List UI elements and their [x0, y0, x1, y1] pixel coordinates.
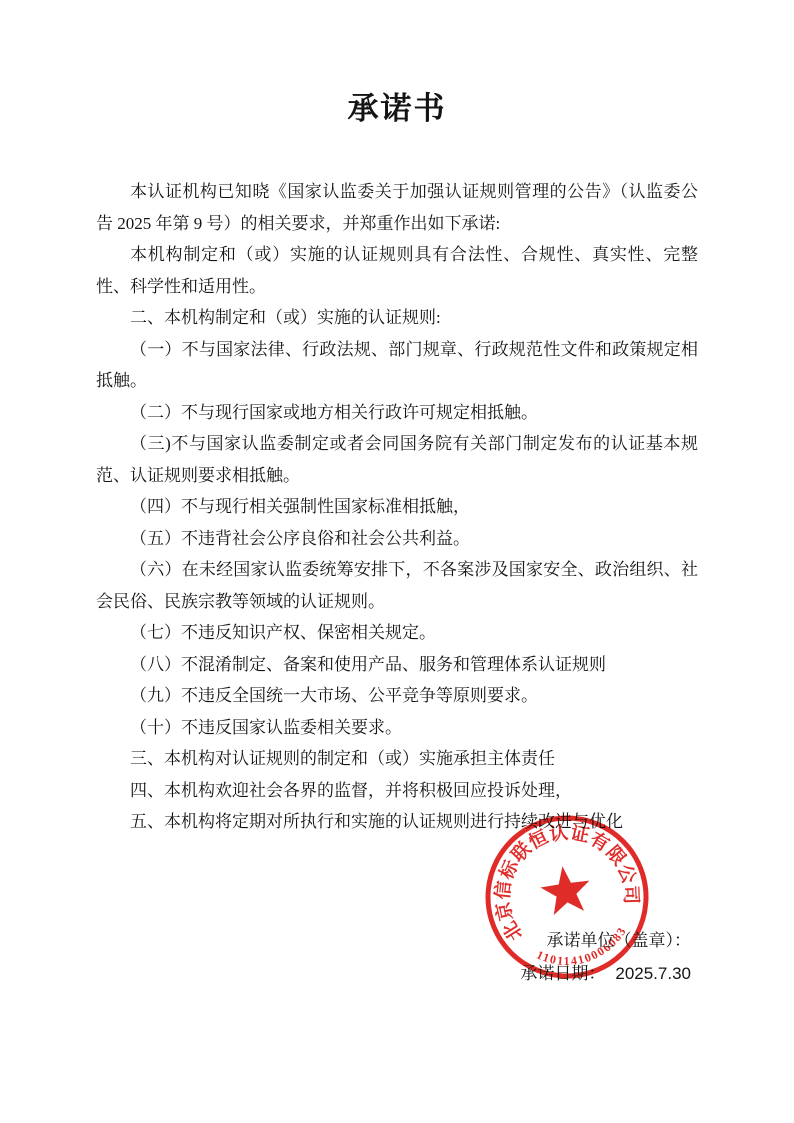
paragraph: （四）不与现行相关强制性国家标准相抵触， — [96, 491, 698, 523]
document-content: 承诺书 本认证机构已知晓《国家认监委关于加强认证规则管理的公告》（认监委公告 2… — [0, 92, 794, 838]
paragraph: （六）在未经国家认监委统筹安排下，不各案涉及国家安全、政治组织、社会民俗、民族宗… — [96, 554, 698, 617]
svg-text:限: 限 — [602, 842, 630, 870]
document-body: 本认证机构已知晓《国家认监委关于加强认证规则管理的公告》（认监委公告 2025 … — [96, 176, 698, 838]
paragraph: （九）不违反全国统一大市场、公平竞争等原则要求。 — [96, 680, 698, 712]
paragraph: （七）不违反知识产权、保密相关规定。 — [96, 617, 698, 649]
svg-text:联: 联 — [507, 838, 536, 867]
paragraph: （五）不违背社会公序良俗和社会公共利益。 — [96, 523, 698, 555]
svg-text:标: 标 — [495, 856, 523, 883]
paragraph: 五、本机构将定期对所执行和实施的认证规则进行持续改进与优化 — [96, 806, 698, 838]
signature-date-line: 承诺日期：2025.7.30 — [520, 957, 691, 990]
paragraph: 本机构制定和（或）实施的认证规则具有合法性、合规性、真实性、完整性、科学性和适用… — [96, 239, 698, 302]
signature-unit-line: 承诺单位（盖章）： — [520, 924, 691, 957]
paragraph: 三、本机构对认证规则的制定和（或）实施承担主体责任 — [96, 743, 698, 775]
svg-text:信: 信 — [491, 879, 515, 900]
paragraph: （八）不混淆制定、备案和使用产品、服务和管理体系认证规则 — [96, 649, 698, 681]
paragraph: 四、本机构欢迎社会各界的监督，并将积极回应投诉处理， — [96, 775, 698, 807]
paragraph: 二、本机构制定和（或）实施的认证规则: — [96, 302, 698, 334]
signature-date-value: 2025.7.30 — [615, 964, 691, 983]
svg-text:公: 公 — [613, 862, 639, 887]
paragraph: （二）不与现行国家或地方相关行政许可规定相抵触。 — [96, 397, 698, 429]
signature-date-label: 承诺日期： — [520, 964, 605, 983]
red-star-icon — [538, 863, 594, 916]
paragraph: （一）不与国家法律、行政法规、部门规章、行政规范性文件和政策规定相抵触。 — [96, 334, 698, 397]
paragraph: （三)不与国家认监委制定或者会同国务院有关部门制定发布的认证基本规范、认证规则要… — [96, 428, 698, 491]
svg-text:司: 司 — [620, 885, 642, 904]
document-page: 承诺书 本认证机构已知晓《国家认监委关于加强认证规则管理的公告》（认监委公告 2… — [0, 0, 794, 1123]
svg-text:京: 京 — [492, 899, 518, 922]
signature-block: 承诺单位（盖章）： 承诺日期：2025.7.30 — [520, 924, 691, 990]
paragraph: （十）不违反国家认监委相关要求。 — [96, 712, 698, 744]
paragraph: 本认证机构已知晓《国家认监委关于加强认证规则管理的公告》（认监委公告 2025 … — [96, 176, 698, 239]
page-title: 承诺书 — [96, 92, 698, 126]
